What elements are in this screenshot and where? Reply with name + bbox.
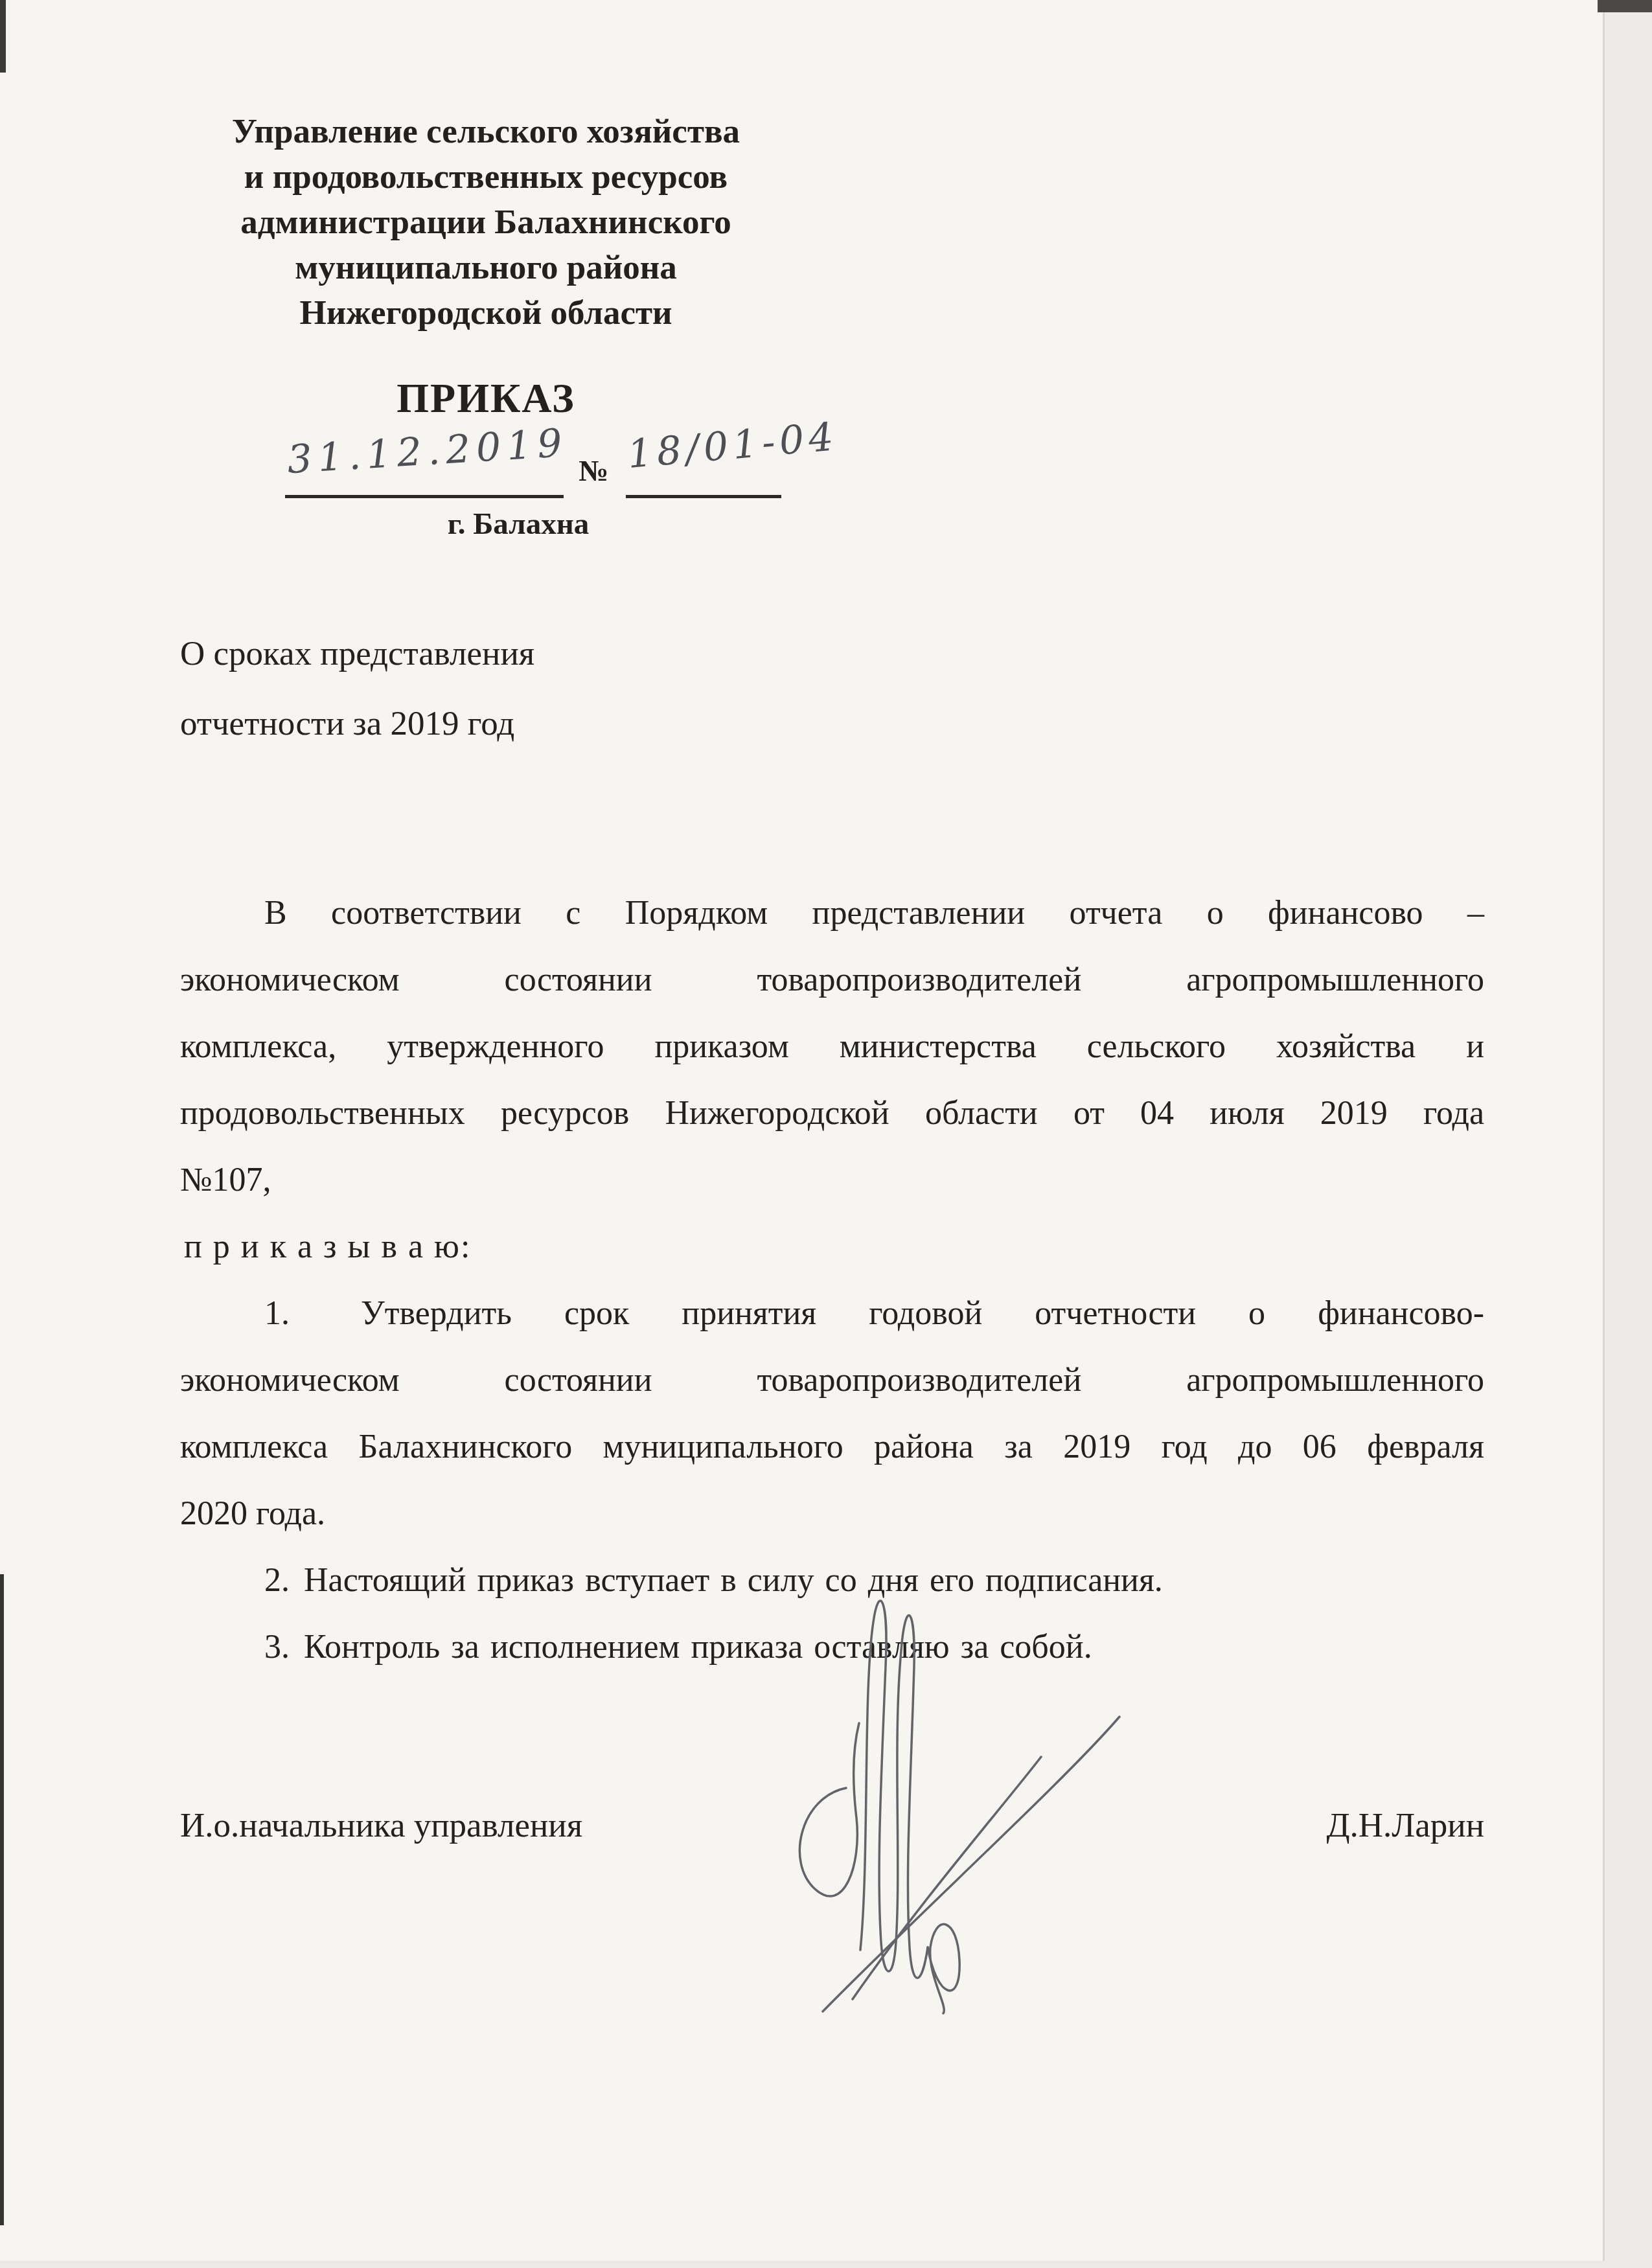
- signer-position: И.о.начальника управления: [180, 1806, 582, 1845]
- body-line: экономическом состоянии товаропроизводит…: [180, 1347, 1484, 1414]
- item-number: 3.: [264, 1629, 290, 1666]
- subject-block: О сроках представления отчетности за 201…: [180, 619, 958, 759]
- body-line: 2020 года.: [180, 1480, 1484, 1547]
- body-line-item-1: 1.Утвердить срок принятия годовой отчетн…: [180, 1280, 1484, 1347]
- number-sign-label: №: [579, 453, 608, 488]
- page-edge-line: [1603, 0, 1605, 2268]
- subject-line: О сроках представления: [180, 619, 958, 689]
- item-number: 1.: [264, 1295, 290, 1332]
- order-body: В соответствии с Порядком представлении …: [180, 880, 1484, 1680]
- scanned-document-page: Управление сельского хозяйства и продово…: [0, 0, 1652, 2268]
- org-line: Управление сельского хозяйства: [97, 109, 875, 154]
- body-line: экономическом состоянии товаропроизводит…: [180, 946, 1484, 1013]
- signer-name: Д.Н.Ларин: [1326, 1806, 1484, 1845]
- body-line: В соответствии с Порядком представлении …: [180, 880, 1484, 946]
- org-header: Управление сельского хозяйства и продово…: [97, 109, 875, 336]
- item-text: Утвердить срок принятия годовой отчетнос…: [361, 1295, 1484, 1332]
- scan-artifact-top-right: [1598, 0, 1652, 12]
- signature-flourish: [726, 1587, 1166, 2015]
- org-line: администрации Балахнинского: [97, 200, 875, 245]
- body-line-prikazyvayu: п р и к а з ы в а ю:: [180, 1213, 1484, 1280]
- subject-line: отчетности за 2019 год: [180, 689, 958, 759]
- body-line: продовольственных ресурсов Нижегородской…: [180, 1080, 1484, 1147]
- org-line: Нижегородской области: [97, 290, 875, 336]
- signoff-row: И.о.начальника управления Д.Н.Ларин: [180, 1806, 1484, 1845]
- scan-artifact-bottom-left: [0, 1574, 4, 2225]
- number-underline: [626, 495, 781, 498]
- scanner-background-band: [1605, 0, 1652, 2268]
- place-label: г. Балахна: [379, 507, 658, 542]
- org-line: муниципального района: [97, 245, 875, 290]
- scan-artifact-top-left: [0, 0, 6, 73]
- date-underline: [285, 495, 564, 498]
- body-line: №107,: [180, 1147, 1484, 1213]
- body-line: комплекса Балахнинского муниципального р…: [180, 1414, 1484, 1480]
- item-number: 2.: [264, 1562, 290, 1599]
- scan-artifact-bottom: [0, 2261, 1652, 2268]
- body-line: комплекса, утвержденного приказом минист…: [180, 1013, 1484, 1080]
- handwritten-date: 31.12.2019: [284, 420, 571, 483]
- document-type-title: ПРИКАЗ: [97, 374, 875, 422]
- org-line: и продовольственных ресурсов: [97, 154, 875, 200]
